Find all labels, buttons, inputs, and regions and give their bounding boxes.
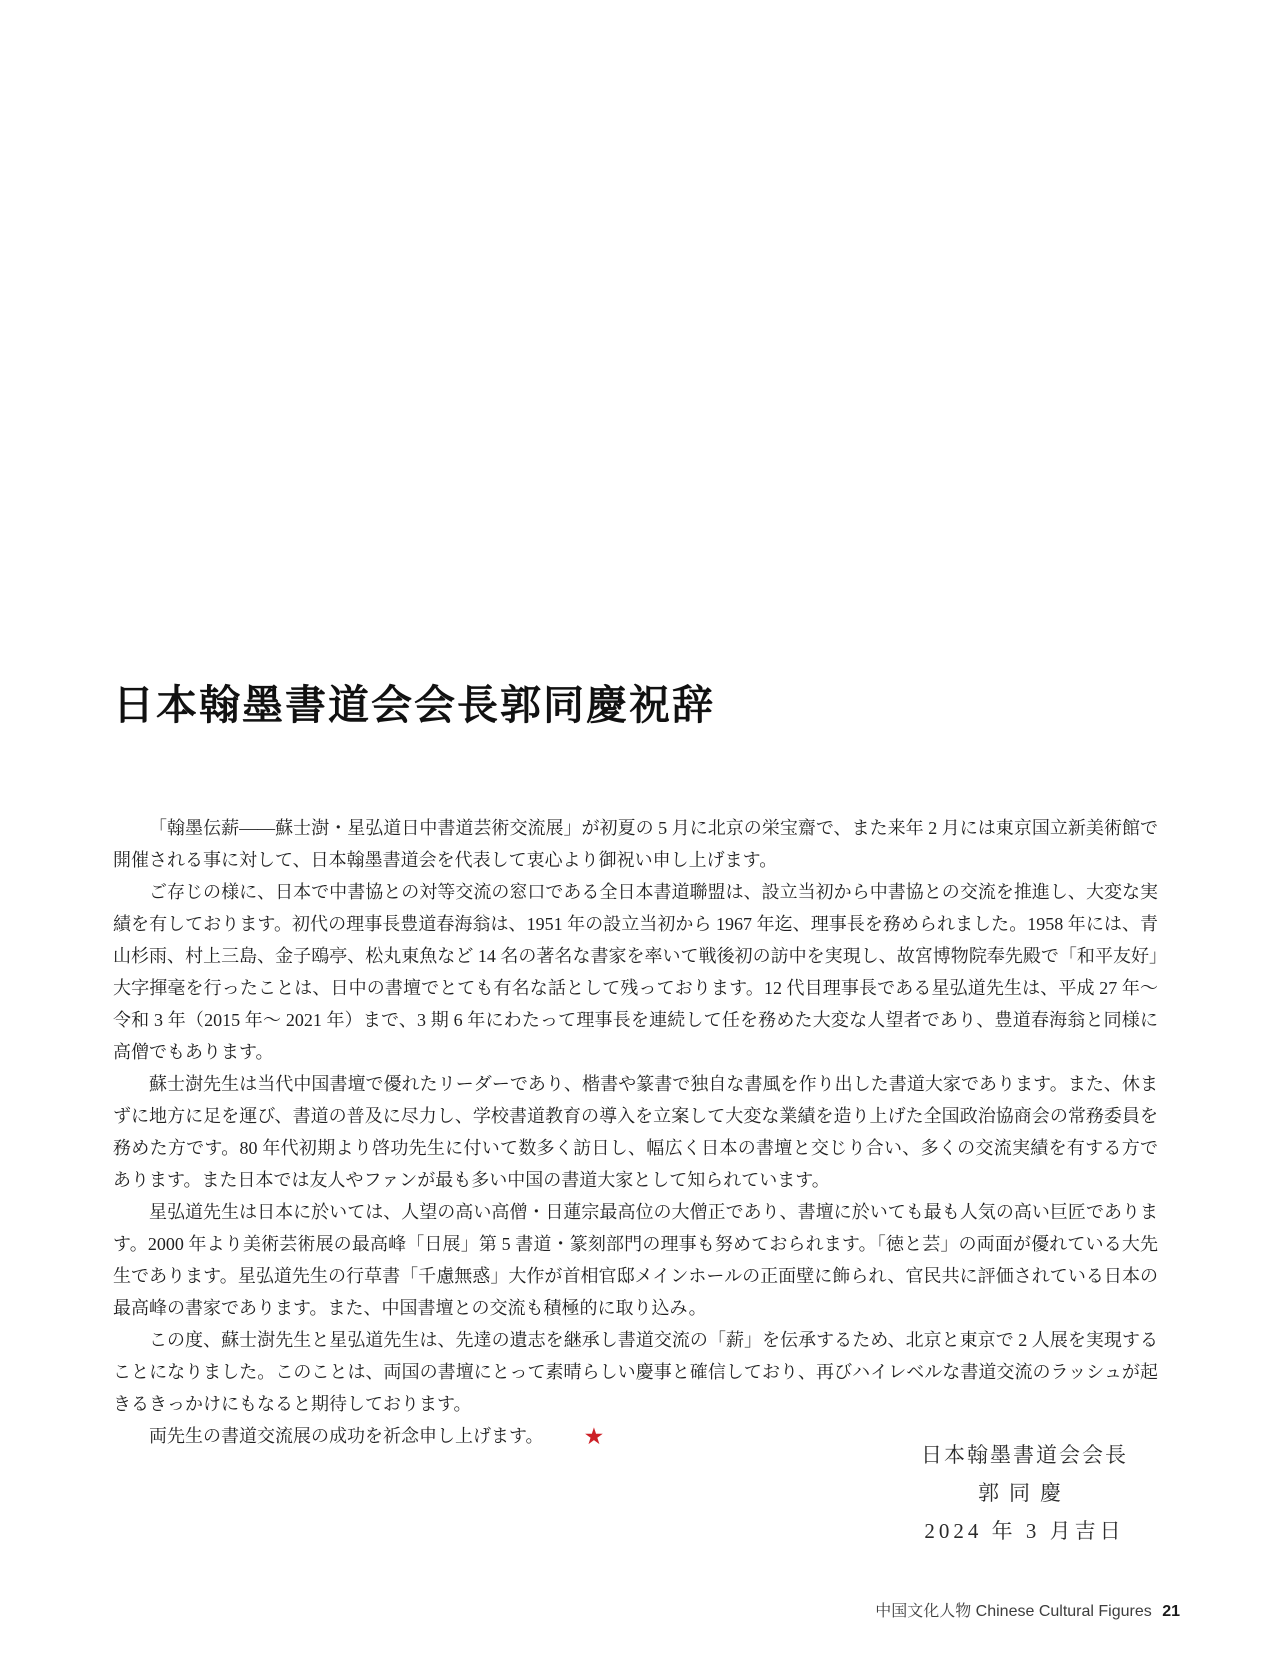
signature-organization: 日本翰墨書道会会長	[921, 1436, 1128, 1474]
page-number: 21	[1162, 1603, 1180, 1620]
paragraph-4: 星弘道先生は日本に於いては、人望の高い高僧・日蓮宗最高位の大僧正であり、書壇に於…	[113, 1196, 1158, 1324]
paragraph-2: ご存じの様に、日本で中書協との対等交流の窓口である全日本書道聯盟は、設立当初から…	[113, 876, 1158, 1068]
page-title: 日本翰墨書道会会長郭同慶祝辞	[113, 672, 715, 731]
document-page: 日本翰墨書道会会長郭同慶祝辞 「翰墨伝薪——蘇士澍・星弘道日中書道芸術交流展」が…	[0, 0, 1270, 1654]
signature-block: 日本翰墨書道会会長 郭同慶 2024 年 3 月吉日	[921, 1436, 1128, 1550]
closing-text: 両先生の書道交流展の成功を祈念申し上げます。	[149, 1426, 544, 1446]
journal-name-cn: 中国文化人物	[875, 1603, 971, 1620]
paragraph-1: 「翰墨伝薪——蘇士澍・星弘道日中書道芸術交流展」が初夏の 5 月に北京の栄宝齋で…	[113, 812, 1158, 876]
signature-name: 郭同慶	[921, 1474, 1128, 1512]
journal-name-en: Chinese Cultural Figures	[976, 1603, 1152, 1620]
paragraph-3: 蘇士澍先生は当代中国書壇で優れたリーダーであり、楷書や篆書で独自な書風を作り出し…	[113, 1068, 1158, 1196]
paragraph-5: この度、蘇士澍先生と星弘道先生は、先達の遺志を継承し書道交流の「薪」を伝承するた…	[113, 1324, 1158, 1420]
signature-date: 2024 年 3 月吉日	[921, 1512, 1128, 1550]
page-footer: 中国文化人物 Chinese Cultural Figures 21	[875, 1598, 1180, 1621]
article-body: 「翰墨伝薪——蘇士澍・星弘道日中書道芸術交流展」が初夏の 5 月に北京の栄宝齋で…	[113, 812, 1158, 1452]
red-star-icon: ★	[548, 1426, 605, 1449]
